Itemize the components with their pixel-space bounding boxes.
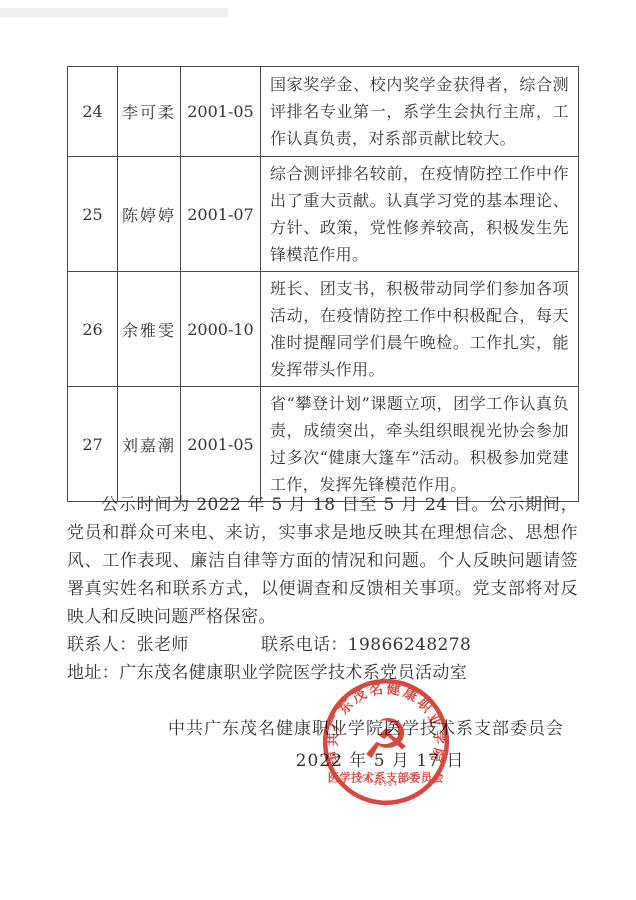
official-seal: 中共广东茂名健康职业学院 ☭ 医学技术系支部委员会 4409945014802 — [312, 668, 460, 816]
roster-no: 27 — [68, 387, 118, 502]
roster-no: 24 — [68, 67, 118, 157]
roster-birthdate: 2001-07 — [181, 157, 261, 272]
roster-name: 陈婷婷 — [118, 157, 181, 272]
roster-birthdate: 2001-05 — [181, 387, 261, 502]
seal-bottom-text: 医学技术系支部委员会 — [328, 771, 445, 785]
roster-birthdate: 2000-10 — [181, 272, 261, 387]
roster-description: 班长、团支书，积极带动同学们参加各项活动，在疫情防控工作中积极配合，每天准时提醒… — [261, 272, 579, 387]
seal-serial: 4409945014802 — [354, 771, 418, 788]
roster-name: 刘嘉潮 — [118, 387, 181, 502]
contact-phone: 联系电话：19866248278 — [261, 635, 471, 655]
table-row: 25 陈婷婷 2001-07 综合测评排名较前，在疫情防控工作中作出了重大贡献。… — [68, 157, 579, 272]
roster-description: 省“攀登计划”课题立项，团学工作认真负责，成绩突出，牵头组织眼视光协会参加过多次… — [261, 387, 579, 502]
roster-description: 综合测评排名较前，在疫情防控工作中作出了重大贡献。认真学习党的基本理论、方针、政… — [261, 157, 579, 272]
table-row: 27 刘嘉潮 2001-05 省“攀登计划”课题立项，团学工作认真负责，成绩突出… — [68, 387, 579, 502]
roster-no: 26 — [68, 272, 118, 387]
scan-artifact — [0, 8, 228, 17]
table-row: 26 余雅雯 2000-10 班长、团支书，积极带动同学们参加各项活动，在疫情防… — [68, 272, 579, 387]
address-line: 地址：广东茂名健康职业学院医学技术系党员活动室 — [67, 659, 578, 687]
seal-outer-ring — [325, 681, 447, 803]
contact-person: 联系人：张老师 — [67, 635, 189, 655]
roster-no: 25 — [68, 157, 118, 272]
table-row: 24 李可柔 2001-05 国家奖学金、校内奖学金获得者，综合测评排名专业第一… — [68, 67, 579, 157]
roster-table: 24 李可柔 2001-05 国家奖学金、校内奖学金获得者，综合测评排名专业第一… — [67, 66, 579, 502]
signature-date: 2022 年 5 月 17 日 — [250, 746, 510, 771]
notice-paragraph: 公示时间为 2022 年 5 月 18 日至 5 月 24 日。公示期间，党员和… — [67, 491, 578, 631]
committee-signature: 中共广东茂名健康职业学院医学技术系支部委员会 — [67, 714, 578, 739]
scanned-notice-page: 24 李可柔 2001-05 国家奖学金、校内奖学金获得者，综合测评排名专业第一… — [0, 0, 636, 900]
contact-line: 联系人：张老师联系电话：19866248278 — [67, 631, 578, 659]
notice-body: 公示时间为 2022 年 5 月 18 日至 5 月 24 日。公示期间，党员和… — [67, 491, 578, 687]
roster-description: 国家奖学金、校内奖学金获得者，综合测评排名专业第一，系学生会执行主席，工作认真负… — [261, 67, 579, 157]
roster-name: 李可柔 — [118, 67, 181, 157]
roster-name: 余雅雯 — [118, 272, 181, 387]
roster-birthdate: 2001-05 — [181, 67, 261, 157]
